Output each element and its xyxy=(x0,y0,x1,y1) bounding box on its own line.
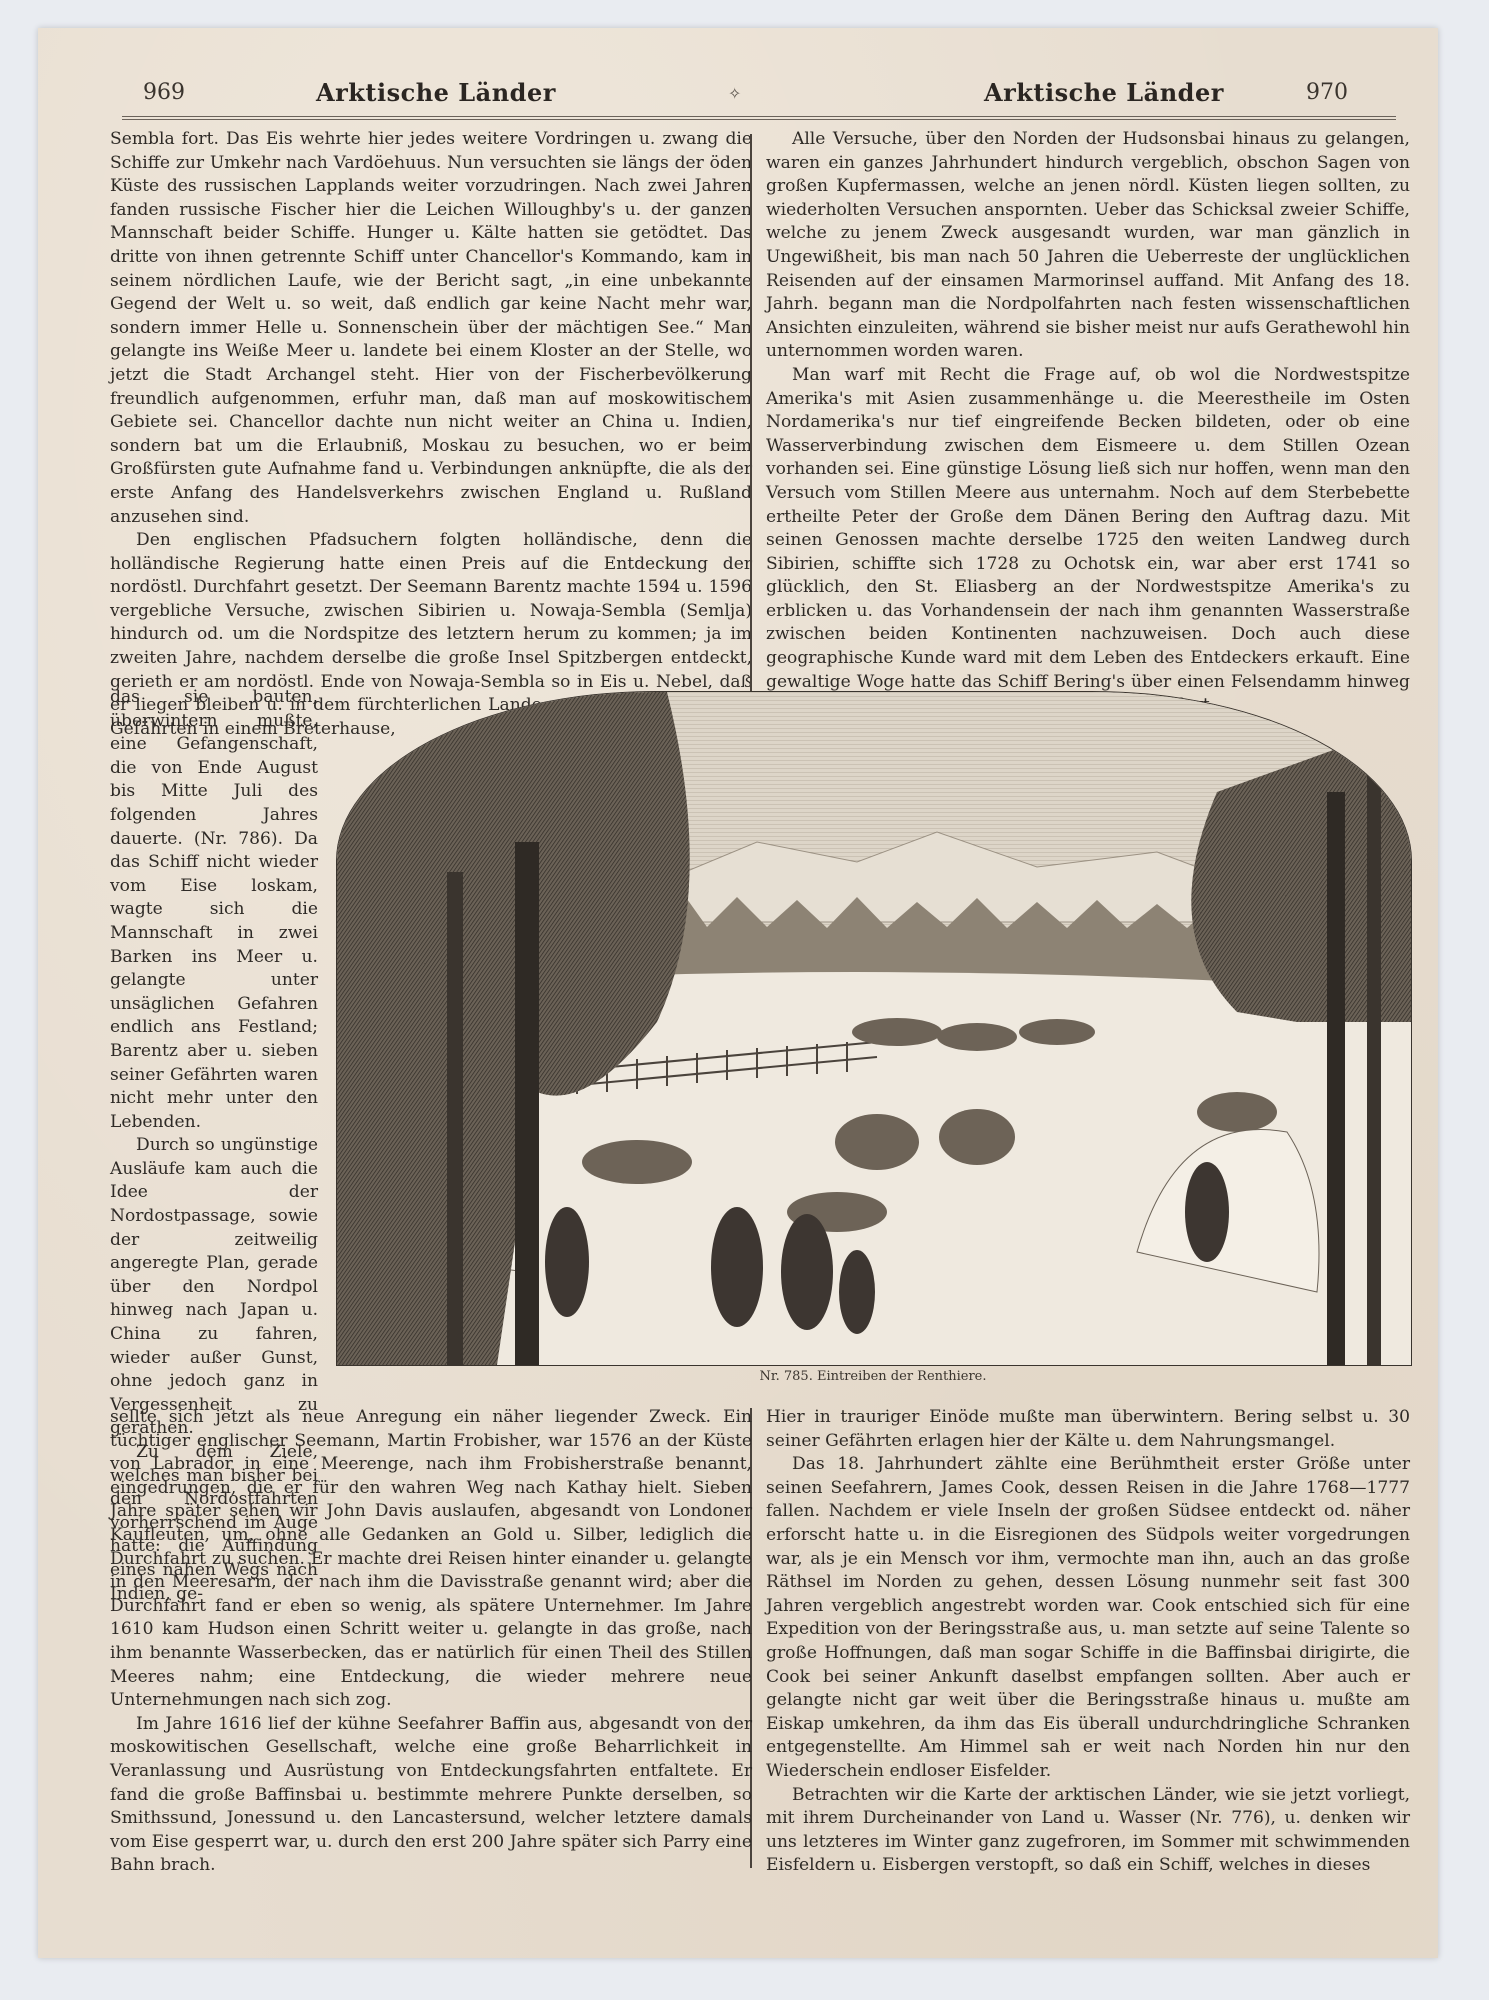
book-page: 969 Arktische Länder ✧ Arktische Länder … xyxy=(38,28,1438,1958)
left-column-top: Sembla fort. Das Eis wehrte hier jedes w… xyxy=(110,128,752,741)
paragraph: Durch so ungünstige Ausläufe kam auch di… xyxy=(110,1134,318,1441)
engraving-figure: Nr. 785. Eintreiben der Renthiere. xyxy=(336,691,1410,1391)
page-header: 969 Arktische Länder ✧ Arktische Länder … xyxy=(38,76,1438,116)
ornament-icon: ✧ xyxy=(728,84,741,103)
paragraph: Das 18. Jahrhundert zählte eine Berühmth… xyxy=(766,1453,1410,1783)
running-title-left: Arktische Länder xyxy=(316,78,556,107)
paragraph: Hier in trauriger Einöde mußte man überw… xyxy=(766,1406,1410,1453)
paragraph: sellte sich jetzt als neue Anregung ein … xyxy=(110,1406,752,1713)
reindeer-engraving-image xyxy=(336,691,1412,1366)
right-column-top: Alle Versuche, über den Norden der Hudso… xyxy=(766,128,1410,718)
right-column-bottom: Hier in trauriger Einöde mußte man überw… xyxy=(766,1406,1410,1878)
header-rule xyxy=(122,116,1396,120)
paragraph: Man warf mit Recht die Frage auf, ob wol… xyxy=(766,364,1410,718)
page-number-right: 970 xyxy=(1306,80,1348,105)
paragraph: Im Jahre 1616 lief der kühne Seefahrer B… xyxy=(110,1713,752,1878)
page-number-left: 969 xyxy=(143,80,185,105)
column-divider xyxy=(750,134,752,696)
paragraph: das sie bauten, überwintern mußte, eine … xyxy=(110,686,318,1134)
figure-caption: Nr. 785. Eintreiben der Renthiere. xyxy=(336,1369,1410,1384)
paragraph: Betrachten wir die Karte der arktischen … xyxy=(766,1784,1410,1878)
paragraph: Alle Versuche, über den Norden der Hudso… xyxy=(766,128,1410,364)
left-column-bottom: sellte sich jetzt als neue Anregung ein … xyxy=(110,1406,752,1878)
running-title-right: Arktische Länder xyxy=(984,78,1224,107)
paragraph: Sembla fort. Das Eis wehrte hier jedes w… xyxy=(110,128,752,529)
